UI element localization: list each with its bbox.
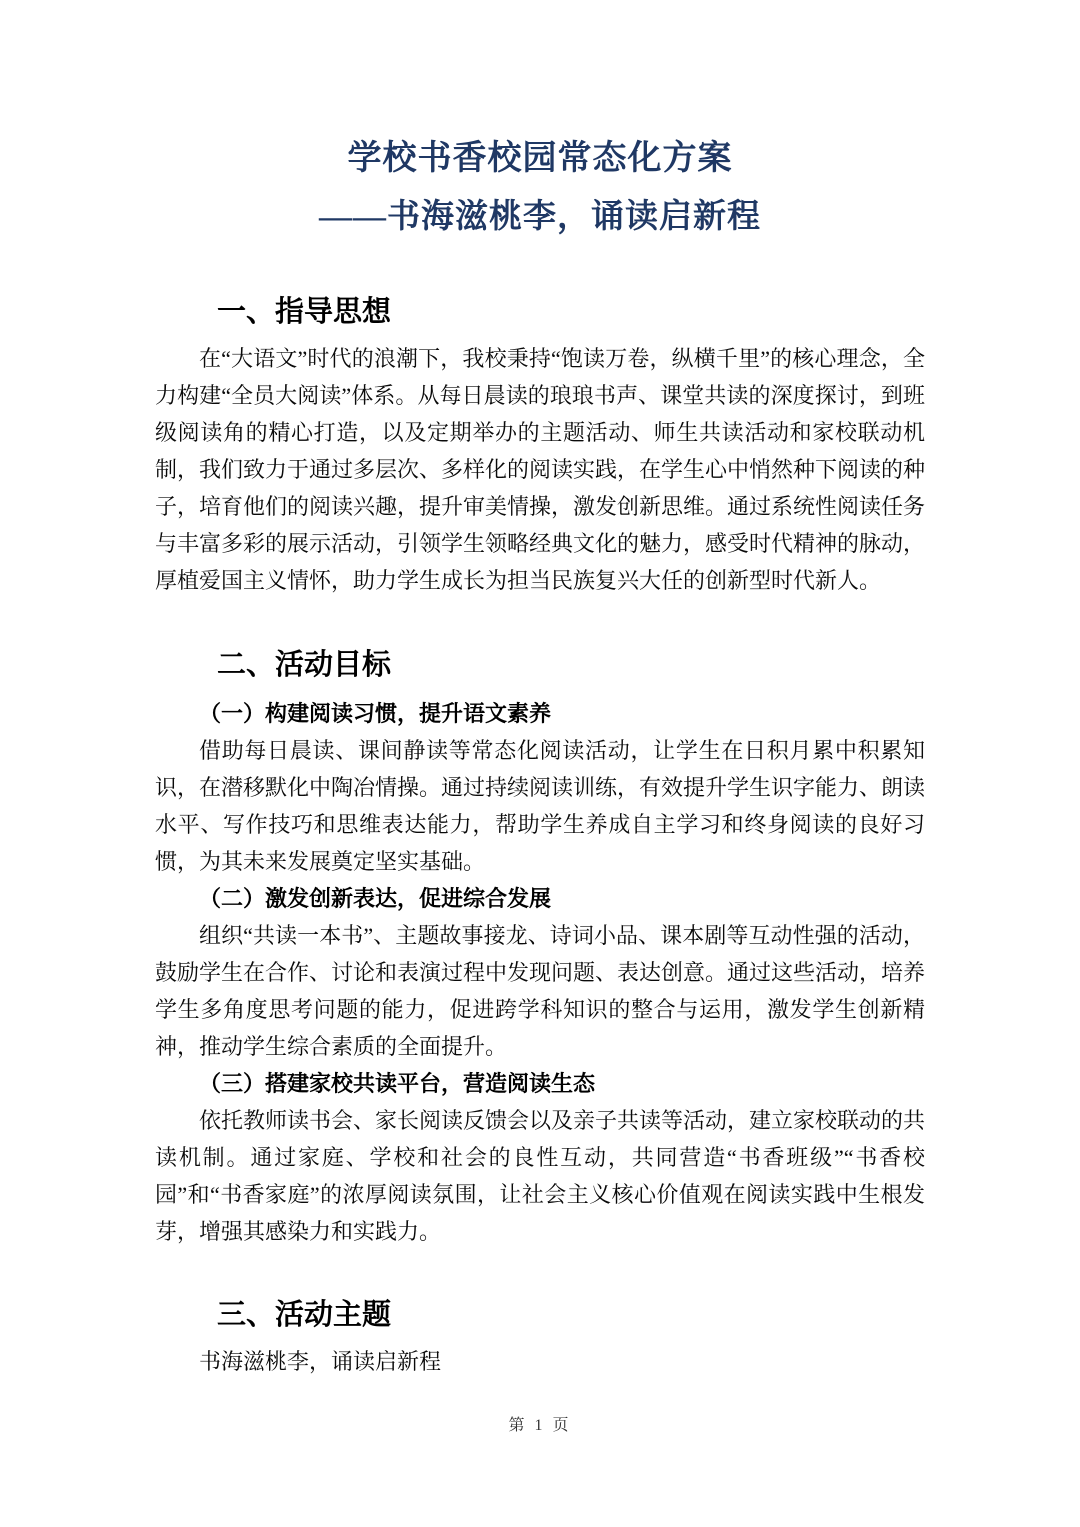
document-page: 学校书香校园常态化方案 ——书海滋桃李，诵读启新程 一、指导思想 在“大语文”时… xyxy=(0,0,1080,1527)
section-3-theme-text: 书海滋桃李，诵读启新程 xyxy=(155,1343,925,1380)
section-3-heading: 三、活动主题 xyxy=(155,1295,925,1335)
subsection-1-paragraph: 借助每日晨读、课间静读等常态化阅读活动，让学生在日积月累中积累知识，在潜移默化中… xyxy=(155,732,925,880)
document-subtitle: ——书海滋桃李，诵读启新程 xyxy=(155,194,925,240)
subsection-3-heading: （三）搭建家校共读平台，营造阅读生态 xyxy=(155,1065,925,1102)
section-1-paragraph: 在“大语文”时代的浪潮下，我校秉持“饱读万卷，纵横千里”的核心理念，全力构建“全… xyxy=(155,340,925,599)
section-1-heading: 一、指导思想 xyxy=(155,292,925,332)
subsection-2-paragraph: 组织“共读一本书”、主题故事接龙、诗词小品、课本剧等互动性强的活动，鼓励学生在合… xyxy=(155,917,925,1065)
subsection-1-heading: （一）构建阅读习惯，提升语文素养 xyxy=(155,695,925,732)
document-title: 学校书香校园常态化方案 xyxy=(155,136,925,182)
section-2-heading: 二、活动目标 xyxy=(155,645,925,685)
page-number: 第 1 页 xyxy=(0,1412,1080,1435)
subsection-3-paragraph: 依托教师读书会、家长阅读反馈会以及亲子共读等活动，建立家校联动的共读机制。通过家… xyxy=(155,1102,925,1250)
subsection-2-heading: （二）激发创新表达，促进综合发展 xyxy=(155,880,925,917)
